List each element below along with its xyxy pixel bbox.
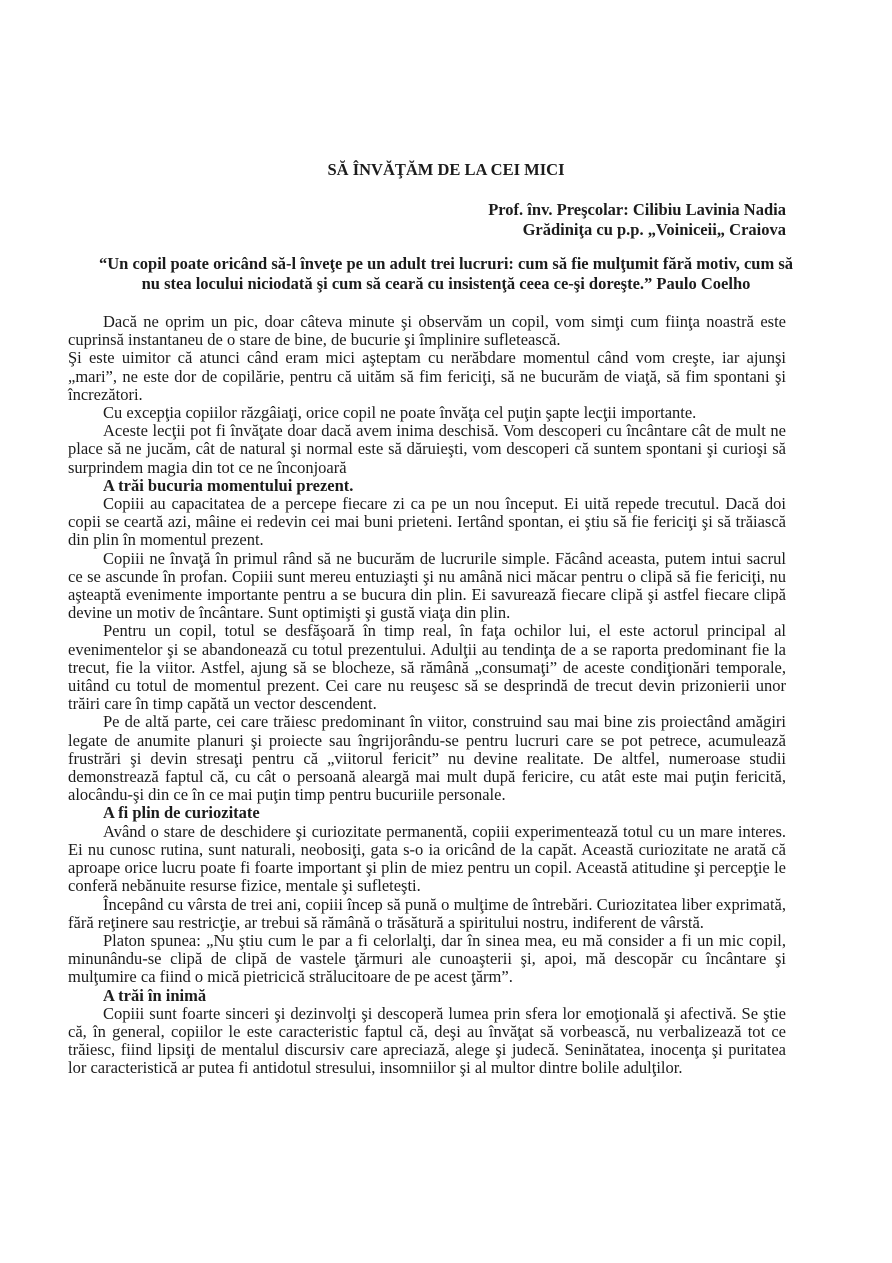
quote-line-2: nu stea locului niciodată şi cum să cear… <box>70 274 822 294</box>
quote-line-1: “Un copil poate oricând să-l înveţe pe u… <box>70 254 822 274</box>
paragraph: Începând cu vârsta de trei ani, copiii î… <box>68 896 786 932</box>
section-heading: A trăi bucuria momentului prezent. <box>68 477 786 495</box>
paragraph: Copiii au capacitatea de a percepe fieca… <box>68 495 786 550</box>
paragraph: Pe de altă parte, cei care trăiesc predo… <box>68 713 786 804</box>
author-name: Prof. înv. Preşcolar: Cilibiu Lavinia Na… <box>0 200 786 220</box>
paragraph: Copiii sunt foarte sinceri şi dezinvolţi… <box>68 1005 786 1078</box>
author-institution: Grădiniţa cu p.p. „Voiniceii„ Craiova <box>0 220 786 240</box>
paragraph: Platon spunea: „Nu ştiu cum le par a fi … <box>68 932 786 987</box>
document-title: SĂ ÎNVĂŢĂM DE LA CEI MICI <box>0 160 892 179</box>
paragraph: Şi este uimitor că atunci când eram mici… <box>68 349 786 404</box>
paragraph: Copiii ne învaţă în primul rând să ne bu… <box>68 550 786 623</box>
paragraph: Dacă ne oprim un pic, doar câteva minute… <box>68 313 786 349</box>
paragraph: Aceste lecţii pot fi învăţate doar dacă … <box>68 422 786 477</box>
section-heading: A fi plin de curiozitate <box>68 804 786 822</box>
document-body: Dacă ne oprim un pic, doar câteva minute… <box>68 313 786 1078</box>
section-heading: A trăi în inimă <box>68 987 786 1005</box>
paragraph: Pentru un copil, totul se desfăşoară în … <box>68 622 786 713</box>
paragraph: Cu excepţia copiilor răzgâiaţi, orice co… <box>68 404 786 422</box>
author-block: Prof. înv. Preşcolar: Cilibiu Lavinia Na… <box>0 200 892 239</box>
document-page: SĂ ÎNVĂŢĂM DE LA CEI MICI Prof. înv. Pre… <box>0 0 892 1263</box>
paragraph: Având o stare de deschidere şi curiozita… <box>68 823 786 896</box>
epigraph-quote: “Un copil poate oricând să-l înveţe pe u… <box>0 254 892 293</box>
